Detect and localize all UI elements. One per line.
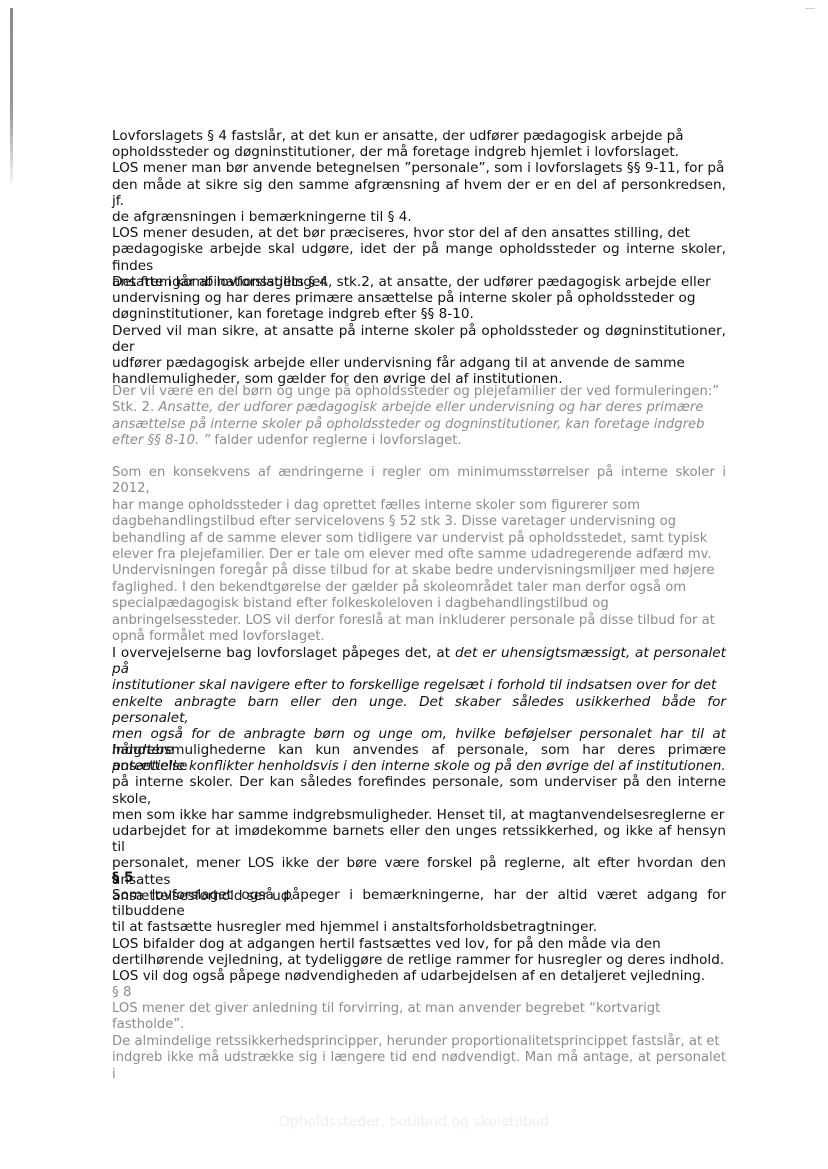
text-line: LOS mener man bør anvende betegnelsen ”p… [112, 160, 726, 176]
text-line: på interne skoler. Der kan således foref… [112, 774, 726, 806]
text-line: Lovforslagets § 4 fastslår, at det kun e… [112, 128, 726, 144]
text-line: LOS mener det giver anledning til forvir… [112, 1001, 726, 1017]
text-line: Undervisningen foregår på disse tilbud f… [112, 563, 726, 579]
text-line: specialpædagogisk bistand efter folkesko… [112, 596, 726, 612]
text-line: behandling af de samme elever som tidlig… [112, 531, 726, 547]
text-line: Indgrebsmulighederne kan kun anvendes af… [112, 742, 726, 774]
text-line: dertilhørende vejledning, at tydeliggøre… [112, 952, 726, 968]
text-line: Derved vil man sikre, at ansatte på inte… [112, 323, 726, 355]
text-line: LOS bifalder dog at adgangen hertil fast… [112, 936, 726, 952]
paragraph-section4-scope: Lovforslagets § 4 fastslår, at det kun e… [112, 128, 726, 290]
text-line: opnå formålet med lovforslaget. [112, 629, 726, 645]
text-line: anbringelsessteder. LOS vil derfor fores… [112, 613, 726, 629]
text-line: undervisning og har deres primære ansætt… [112, 290, 726, 306]
section-5: § 5 Som lovforslaget også påpeger i bemæ… [112, 870, 726, 984]
text-line: de afgrænsningen i bemærkningerne til § … [112, 209, 726, 225]
page-footer-watermark: Opholdssteder, botilbud og skoletilbud [0, 1114, 828, 1130]
text-line: udarbejdet for at imødekomme barnets ell… [112, 823, 726, 855]
text-line: opholdssteder og døgninstitutioner, der … [112, 144, 726, 160]
text-line: har mange opholdssteder i dag oprettet f… [112, 498, 726, 514]
text-span: Stk. 2. [112, 400, 158, 415]
text-line: dagbehandlingstilbud efter servicelovens… [112, 514, 726, 530]
paragraph-consequence-gray: Som en konsekvens af ændringerne i regle… [112, 465, 726, 645]
text-line: indgreb ikke må udstrække sig i længere … [112, 1050, 726, 1083]
text-line: De almindelige retssikkerhedsprincipper,… [112, 1034, 726, 1050]
text-line: den måde at sikre sig den samme afgrænsn… [112, 177, 726, 209]
text-line: Det fremgår af lovforslagets § 4, stk.2,… [112, 274, 726, 290]
section-heading: § 8 [112, 985, 726, 1000]
section-heading: § 5 [112, 870, 726, 886]
text-line: Der vil være en del børn og unge på opho… [112, 384, 726, 400]
quoted-text: enkelte anbragte barn eller den unge. De… [112, 694, 726, 726]
quoted-text: efter §§ 8-10. ” [112, 433, 210, 448]
text-line: faglighed. I den bekendtgørelse der gæld… [112, 580, 726, 596]
quoted-text: Ansatte, der udforer pædagogisk arbejde … [158, 400, 703, 415]
text-line: elever fra plejefamilier. Der er tale om… [112, 547, 726, 563]
text-span: falder udenfor reglerne i lovforslaget. [210, 433, 461, 448]
quoted-text: ansættelse på interne skoler på opholdss… [112, 417, 726, 433]
quoted-text: institutioner skal navigere efter to for… [112, 677, 726, 693]
text-span: I overvejelserne bag lovforslaget påpege… [112, 645, 455, 661]
text-line: døgninstitutioner, kan foretage indgreb … [112, 306, 726, 322]
text-line: Som lovforslaget også påpeger i bemærkni… [112, 887, 726, 919]
paragraph-section4-stk2: Det fremgår af lovforslagets § 4, stk.2,… [112, 274, 726, 387]
text-line: LOS vil dog også påpege nødvendigheden a… [112, 968, 726, 984]
text-line: fastholde”. [112, 1017, 726, 1033]
text-line: til at fastsætte husregler med hjemmel i… [112, 919, 726, 935]
text-line: LOS mener desuden, at det bør præciseres… [112, 225, 726, 241]
scan-edge-line [10, 8, 13, 183]
text-line: Som en konsekvens af ændringerne i regle… [112, 465, 726, 498]
text-line: pædagogiske arbejde skal udgøre, idet de… [112, 241, 726, 273]
paragraph-quote-gray: Der vil være en del børn og unge på opho… [112, 384, 726, 450]
text-line: I overvejelserne bag lovforslaget påpege… [112, 645, 726, 677]
section-8: § 8 LOS mener det giver anledning til fo… [112, 985, 726, 1083]
text-line: efter §§ 8-10. ” falder udenfor reglerne… [112, 433, 726, 449]
scan-corner-mark [805, 8, 815, 9]
text-line: men som ikke har samme indgrebsmulighede… [112, 807, 726, 823]
text-line: Stk. 2. Ansatte, der udforer pædagogisk … [112, 400, 726, 416]
text-line: udfører pædagogisk arbejde eller undervi… [112, 355, 726, 371]
